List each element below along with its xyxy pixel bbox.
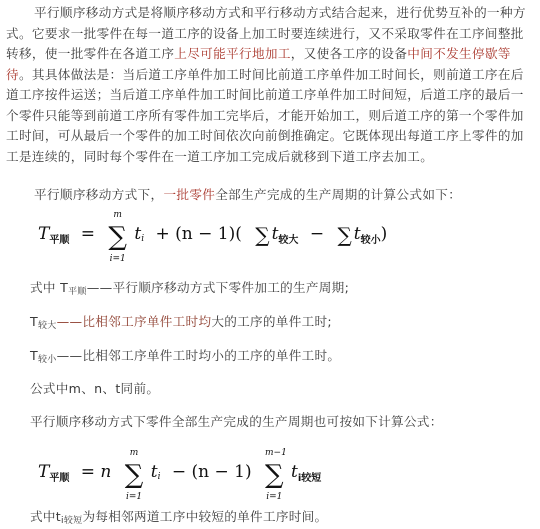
sum1-lower: i=1 (108, 254, 127, 264)
sum2-lower: i=1 (265, 492, 284, 502)
footer-note: 式中ti较短为每相邻两道工序中较短的单件工序时间。 (30, 508, 327, 529)
formula-intro-paragraph: 平行顺序移动方式下，一批零件全部生产完成的生产周期的计算公式如下： (6, 185, 534, 206)
formula1-lhs-sub: 平顺 (49, 235, 69, 246)
def2-sub: 较大 (38, 321, 57, 331)
summation-symbol: ∑mi=1 (108, 222, 127, 252)
summation-symbol: ∑m−1i=1 (265, 460, 284, 490)
def3-text: ——比相邻工序单件工时均小的工序的单件工时。 (57, 348, 341, 363)
definition-note: 公式中m、n、t同前。 (30, 380, 159, 398)
formula1-term3: t (354, 224, 361, 244)
summation-symbol: ∑ (337, 223, 351, 247)
intro-paragraph: 平行顺序移动方式是将顺序移动方式和平行移动方式结合起来，进行优势互补的一种方式。… (6, 3, 534, 167)
def2-text: 大的工序的单件工时; (211, 314, 332, 329)
def4-text: 公式中m、n、t同前。 (30, 381, 159, 396)
formula2-term1: t (151, 462, 158, 482)
footer-prefix: 式中t (30, 509, 61, 524)
formula2-lhs-sub: 平顺 (49, 473, 69, 484)
formula-intro-text-1: 平行顺序移动方式下， (34, 187, 163, 202)
intro-text-2: ，又使各工序的设备 (291, 46, 408, 61)
formula1-equals: = (81, 224, 95, 244)
sum1-lower: i=1 (125, 492, 144, 502)
def3-prefix: T (30, 348, 38, 363)
formula-2: T平顺 = n ∑mi=1 ti − (n − 1) ∑m−1i=1 ti较短 (38, 460, 321, 490)
definition-t-smaller: T较小——比相邻工序单件工时均小的工序的单件工时。 (30, 347, 340, 369)
formula1-term2-sub: 较大 (278, 235, 298, 246)
sum1-upper: m (108, 210, 127, 220)
formula1-term1-sub: i (141, 234, 144, 244)
intro-highlight-1: 上尽可能平行地加工 (174, 46, 291, 61)
definition-t-pingshun: 式中 T平顺——平行顺序移动方式下零件加工的生产周期; (30, 279, 349, 301)
def1-sub: 平顺 (68, 287, 87, 297)
formula-intro-text-2: 全部生产完成的生产周期的计算公式如下： (215, 187, 461, 202)
def2-prefix: T (30, 314, 38, 329)
formula2-lhs: T (38, 462, 49, 482)
formula2-middle: − (n − 1) (172, 462, 252, 482)
formula1-lhs: T (38, 224, 49, 244)
sum2-upper: m−1 (265, 448, 284, 458)
formula2-term2: t (291, 462, 298, 482)
sum1-upper: m (125, 448, 144, 458)
summation-symbol: ∑mi=1 (125, 460, 144, 490)
formula1-term3-sub: 较小 (361, 235, 381, 246)
footer-sub: i较短 (61, 516, 82, 526)
alt-formula-intro: 平行顺序移动方式下零件全部生产完成的生产周期也可按如下计算公式： (30, 413, 443, 431)
formula2-term1-sub: i (158, 472, 161, 482)
formula1-minus: − (310, 224, 324, 244)
def1-prefix: 式中 T (30, 280, 68, 295)
def2-highlight: ——比相邻工序单件工时均 (57, 314, 212, 329)
formula1-close: ) (381, 224, 388, 244)
formula1-plus: + (n − 1)( (156, 224, 242, 244)
formula2-equals: = n (81, 462, 112, 482)
formula2-term2-sub: i较短 (298, 473, 321, 484)
intro-text-3: 。其具体做法是：当后道工序单件加工时间比前道工序单件加工时间长，则前道工序在后道… (6, 67, 524, 164)
formula-intro-highlight: 一批零件 (163, 187, 215, 202)
footer-text: 为每相邻两道工序中较短的单件工序时间。 (82, 509, 327, 524)
def3-sub: 较小 (38, 355, 57, 365)
def1-text: ——平行顺序移动方式下零件加工的生产周期; (87, 280, 349, 295)
alt-formula-intro-text: 平行顺序移动方式下零件全部生产完成的生产周期也可按如下计算公式： (30, 414, 443, 429)
summation-symbol: ∑ (255, 223, 269, 247)
definition-t-larger: T较大——比相邻工序单件工时均大的工序的单件工时; (30, 313, 332, 335)
formula-1: T平顺 = ∑mi=1 ti + (n − 1)( ∑t较大 − ∑t较小) (38, 222, 387, 252)
